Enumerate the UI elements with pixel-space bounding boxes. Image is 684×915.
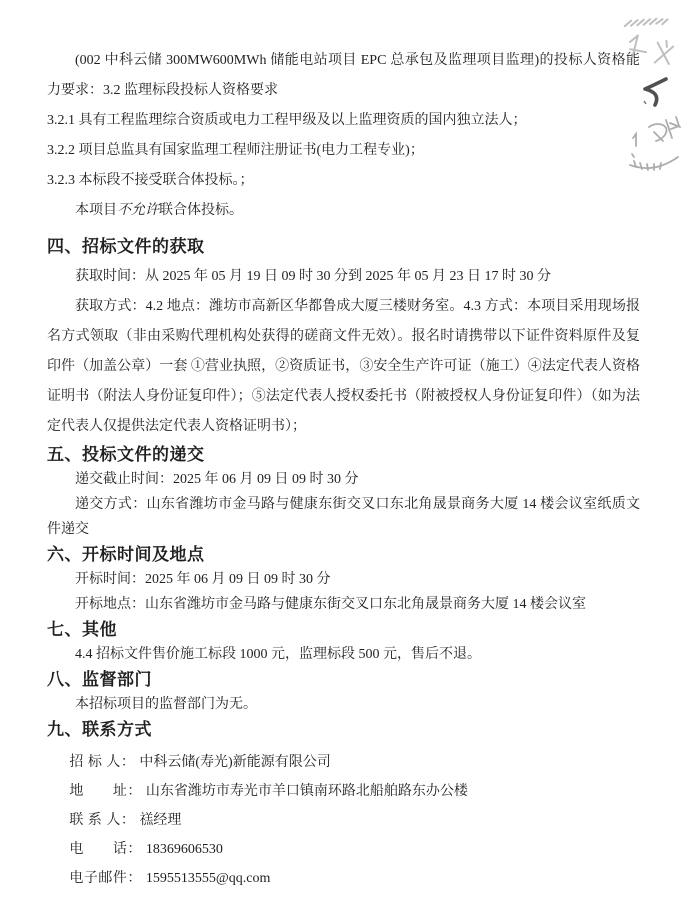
clause-3-2-2: 3.2.2 项目总监具有国家监理工程师注册证书(电力工程专业)； [47, 136, 640, 166]
acquisition-method-paragraph: 获取方式：4.2 地点：潍坊市高新区华都鲁成大厦三楼财务室。4.3 方式：本项目… [47, 292, 640, 442]
section-heading-document-acquisition: 四、招标文件的获取 [47, 232, 640, 262]
tenderer-value: 中科云储(寿光)新能源有限公司 [135, 755, 330, 770]
address-value: 山东省潍坊市寿光市羊口镇南环路北船舶路东办公楼 [142, 784, 468, 799]
supervision-paragraph: 本招标项目的监督部门为无。 [47, 692, 640, 717]
section-heading-other: 七、其他 [47, 617, 640, 642]
contact-person-label: 联 系 人： [69, 813, 135, 828]
contact-row-address: 地 址：山东省潍坊市寿光市羊口镇南环路北船舶路东办公楼 [47, 777, 640, 806]
phone-value: 18369606530 [142, 842, 223, 857]
consortium-note-suffix: 联合体投标。 [159, 203, 243, 218]
phone-label: 电 话： [69, 842, 142, 857]
email-label: 电子邮件： [69, 871, 142, 886]
opening-time-paragraph: 开标时间：2025 年 06 月 09 日 09 时 30 分 [47, 567, 640, 592]
document-price-paragraph: 4.4 招标文件售价施工标段 1000 元，监理标段 500 元，售后不退。 [47, 642, 640, 667]
submission-deadline-paragraph: 递交截止时间：2025 年 06 月 09 日 09 时 30 分 [47, 467, 640, 492]
acquisition-time-paragraph: 获取时间：从 2025 年 05 月 19 日 09 时 30 分到 2025 … [47, 262, 640, 292]
submission-method-paragraph: 递交方式：山东省潍坊市金马路与健康东街交叉口东北角晟景商务大厦 14 楼会议室纸… [47, 492, 640, 542]
contact-person-value: 禚经理 [135, 813, 181, 828]
consortium-note-emphasis: 不允许 [117, 203, 159, 218]
consortium-note: 本项目不允许联合体投标。 [47, 196, 640, 226]
address-label: 地 址： [69, 784, 142, 799]
consortium-note-prefix: 本项目 [75, 203, 117, 218]
section-heading-bid-opening: 六、开标时间及地点 [47, 542, 640, 567]
tenderer-label: 招 标 人： [69, 755, 135, 770]
contact-row-tenderer: 招 标 人：中科云储(寿光)新能源有限公司 [47, 748, 640, 777]
opening-place-paragraph: 开标地点：山东省潍坊市金马路与健康东街交叉口东北角晟景商务大厦 14 楼会议室 [47, 592, 640, 617]
qualification-intro-paragraph: (002 中科云储 300MW600MWh 储能电站项目 EPC 总承包及监理项… [47, 46, 640, 106]
contact-block: 招 标 人：中科云储(寿光)新能源有限公司 地 址：山东省潍坊市寿光市羊口镇南环… [47, 748, 640, 893]
clause-3-2-3: 3.2.3 本标段不接受联合体投标。； [47, 166, 640, 196]
contact-row-person: 联 系 人：禚经理 [47, 806, 640, 835]
section-heading-supervision: 八、监督部门 [47, 667, 640, 692]
clause-3-2-1: 3.2.1 具有工程监理综合资质或电力工程甲级及以上监理资质的国内独立法人； [47, 106, 640, 136]
email-value: 1595513555@qq.com [142, 871, 271, 886]
contact-row-email: 电子邮件：1595513555@qq.com [47, 864, 640, 893]
contact-row-phone: 电 话：18369606530 [47, 835, 640, 864]
document-page: (002 中科云储 300MW600MWh 储能电站项目 EPC 总承包及监理项… [0, 0, 684, 915]
section-heading-contact: 九、联系方式 [47, 717, 640, 742]
section-heading-bid-submission: 五、投标文件的递交 [47, 442, 640, 467]
